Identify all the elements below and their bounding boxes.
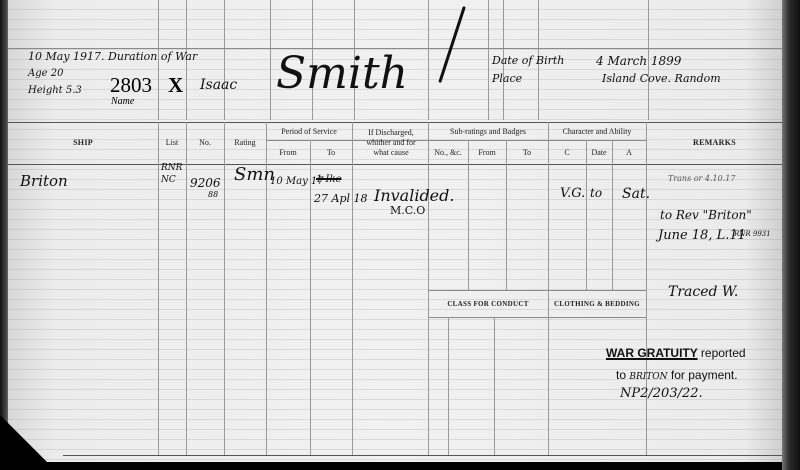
- entry-discharged-note: M.C.O: [390, 204, 425, 217]
- place-value: Island Cove. Random: [602, 72, 721, 85]
- conduct-bottom-rule: [428, 317, 646, 318]
- war-gratuity-reported: reported: [701, 346, 746, 360]
- entry-to: 27 Apl 18: [314, 192, 368, 205]
- remarks-line-3: June 18, L.11: [658, 228, 746, 243]
- col-line: [428, 122, 429, 455]
- dob-value: 4 March 1899: [596, 54, 681, 68]
- war-gratuity-stamp-line-2: to BRITON for payment.: [616, 368, 738, 382]
- remarks-line-2: to Rev "Briton": [660, 208, 752, 222]
- entry-list-top: RNR: [161, 163, 182, 173]
- number-suffix: X: [168, 73, 183, 98]
- entry-char-date: to: [590, 186, 602, 200]
- entry-number-sub: 88: [208, 190, 218, 199]
- name-label: Name: [111, 96, 134, 107]
- ruling-line: [270, 0, 271, 120]
- col-line: [186, 122, 187, 455]
- col-line: [352, 122, 353, 455]
- col-line: [310, 140, 311, 455]
- col-char-date-header: Date: [586, 148, 612, 158]
- entry-ship: Briton: [20, 172, 68, 190]
- pen-stroke: [438, 6, 466, 83]
- remarks-line-1: Trans or 4.10.17: [668, 174, 735, 183]
- col-discharged-header: If Discharged, whither and for what caus…: [358, 128, 424, 158]
- col-line: [506, 140, 507, 290]
- col-line: [494, 317, 495, 455]
- col-char-a-header: A: [612, 148, 646, 158]
- place-label: Place: [492, 72, 522, 85]
- col-period-header: Period of Service: [266, 127, 352, 137]
- war-gratuity-title: WAR GRATUITY: [606, 346, 698, 360]
- entry-number: 9206: [190, 176, 221, 190]
- col-rating-header: Rating: [224, 138, 266, 148]
- book-binding-right: [782, 0, 800, 470]
- page-corner-shadow: [0, 415, 55, 470]
- war-gratuity-to: to: [616, 368, 626, 382]
- remarks-line-3-note: RNR 9931: [734, 230, 771, 238]
- col-sub-from-header: From: [468, 148, 506, 158]
- col-line: [612, 140, 613, 290]
- class-for-conduct-header: CLASS FOR CONDUCT: [428, 299, 548, 309]
- col-sub-no-header: No., &c.: [428, 148, 468, 158]
- entry-discharged: Invalided.: [374, 186, 454, 205]
- conduct-top-rule: [428, 290, 646, 291]
- col-line: [646, 122, 647, 455]
- col-line: [448, 317, 449, 455]
- col-character-header: Character and Ability: [548, 127, 646, 137]
- col-ship-header: SHIP: [8, 138, 158, 148]
- height-line: Height 5.3: [28, 85, 82, 96]
- col-no-header: No.: [186, 138, 224, 148]
- col-line: [158, 122, 159, 455]
- remarks-traced: Traced W.: [668, 284, 738, 300]
- col-period-from-header: From: [266, 148, 310, 158]
- col-subratings-header: Sub-ratings and Badges: [428, 127, 548, 137]
- col-line: [586, 140, 587, 290]
- ruling-line: [428, 0, 429, 120]
- col-line: [548, 122, 549, 455]
- dob-label: Date of Birth: [492, 54, 564, 67]
- surname: Smith: [276, 48, 408, 99]
- war-gratuity-stamp-line-1: WAR GRATUITY reported: [606, 346, 746, 360]
- war-gratuity-ship: BRITON: [629, 372, 667, 382]
- col-char-c-header: C: [548, 148, 586, 158]
- ruling-line: [224, 0, 225, 120]
- table-top-rule: [8, 122, 783, 123]
- col-sub-to-header: To: [506, 148, 548, 158]
- war-gratuity-for-payment: for payment.: [671, 368, 738, 382]
- first-name: Isaac: [200, 77, 237, 93]
- clothing-bedding-header: CLOTHING & BEDDING: [548, 299, 646, 309]
- enlistment-line: 10 May 1917. Duration of War: [28, 50, 197, 63]
- subheader-rule: [266, 140, 646, 141]
- col-remarks-header: REMARKS: [646, 138, 783, 148]
- entry-ability: Sat.: [622, 186, 650, 202]
- entry-rating: Smn: [234, 164, 275, 185]
- col-line: [468, 140, 469, 290]
- col-line: [224, 122, 225, 455]
- table-header-bottom-rule: [8, 164, 783, 165]
- entry-to-struck: 1 Ike: [316, 174, 341, 185]
- col-period-to-header: To: [310, 148, 352, 158]
- col-list-header: List: [158, 138, 186, 148]
- table-bottom-rule: [63, 455, 783, 456]
- official-number: 2803: [110, 73, 152, 98]
- war-gratuity-reference: NP2/203/22.: [620, 386, 703, 401]
- entry-list-bottom: NC: [161, 175, 176, 185]
- ruling-line: [488, 0, 489, 120]
- age-line: Age 20: [28, 68, 63, 79]
- entry-character: V.G.: [560, 186, 585, 201]
- service-record-sheet: 10 May 1917. Duration of War Age 20 Heig…: [8, 0, 783, 462]
